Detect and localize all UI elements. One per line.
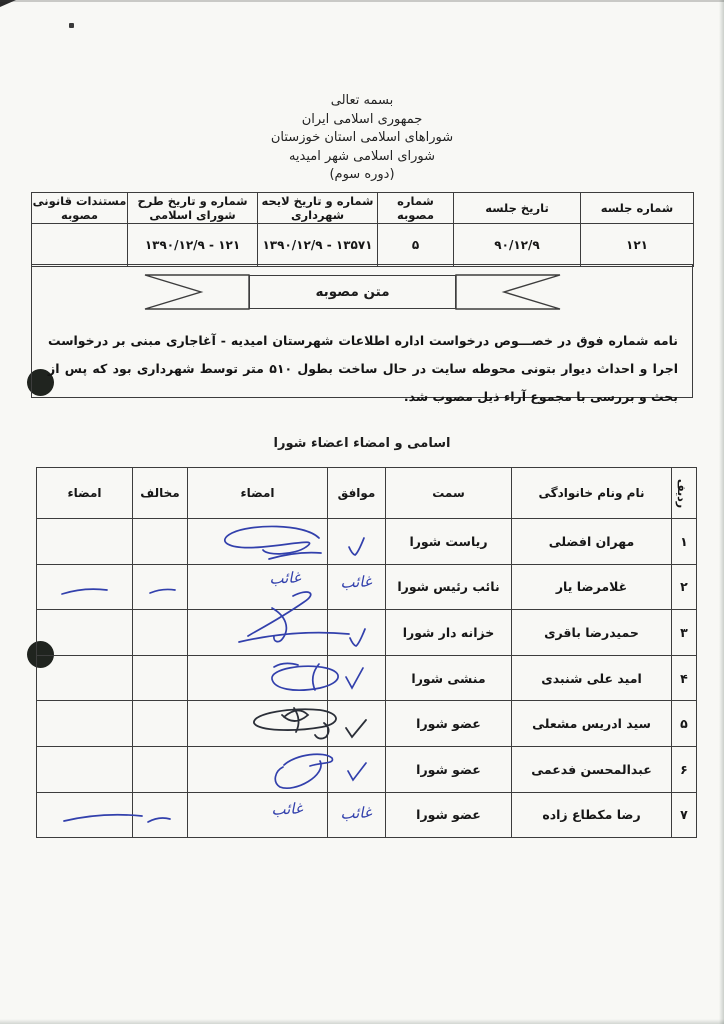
member-no: ۵ bbox=[672, 701, 697, 747]
member-row: ۴ امید علی شنبدی منشی شورا bbox=[37, 655, 697, 701]
member-signature-cell bbox=[188, 519, 328, 565]
resolution-box: متن مصوبه نامه شماره فوق در خصـــوص درخو… bbox=[31, 264, 693, 398]
member-name: رضا مکطاع زاده bbox=[512, 792, 672, 838]
member-name: امید علی شنبدی bbox=[512, 655, 672, 701]
meta-col-resolution-no: شماره مصوبه bbox=[378, 193, 454, 224]
member-no: ۱ bbox=[672, 519, 697, 565]
member-row: ۲ غلامرضا یار نائب رئیس شورا bbox=[37, 564, 697, 610]
member-signature2-cell bbox=[37, 792, 133, 838]
member-signature2-cell bbox=[37, 701, 133, 747]
meta-col-session-no: شماره جلسه bbox=[581, 193, 694, 224]
meta-value-legal-docs bbox=[32, 224, 128, 267]
member-signature-cell bbox=[188, 792, 328, 838]
scan-top-edge bbox=[0, 0, 724, 2]
members-col-against: مخالف bbox=[133, 468, 188, 519]
meta-col-session-date: تاریخ جلسه bbox=[454, 193, 581, 224]
members-col-signature2: امضاء bbox=[37, 468, 133, 519]
meta-table: شماره جلسه تاریخ جلسه شماره مصوبه شماره … bbox=[31, 192, 694, 267]
members-col-agree: موافق bbox=[328, 468, 386, 519]
member-no: ۳ bbox=[672, 610, 697, 656]
letterhead-line-city: شورای اسلامی شهر امیدیه bbox=[0, 148, 724, 167]
member-signature2-cell bbox=[37, 519, 133, 565]
letterhead-line-bismillah: بسمه تعالی bbox=[0, 92, 724, 111]
member-role: نائب رئیس شورا bbox=[386, 564, 512, 610]
meta-value-session-no: ۱۲۱ bbox=[581, 224, 694, 267]
ribbon-left-flag bbox=[145, 275, 249, 309]
member-name: عبدالمحسن فدعمی bbox=[512, 746, 672, 792]
member-signature-cell bbox=[188, 701, 328, 747]
meta-col-plan: شماره و تاریخ طرح شورای اسلامی bbox=[128, 193, 258, 224]
member-no: ۶ bbox=[672, 746, 697, 792]
member-no: ۲ bbox=[672, 564, 697, 610]
member-signature2-cell bbox=[37, 655, 133, 701]
member-signature2-cell bbox=[37, 746, 133, 792]
letterhead-line-term: (دوره سوم) bbox=[0, 166, 724, 185]
member-agree-cell bbox=[328, 564, 386, 610]
meta-col-legal-docs: مستندات قانونی مصوبه bbox=[32, 193, 128, 224]
member-agree-cell bbox=[328, 655, 386, 701]
member-role: عضو شورا bbox=[386, 701, 512, 747]
member-agree-cell bbox=[328, 701, 386, 747]
member-agree-cell bbox=[328, 792, 386, 838]
member-role: عضو شورا bbox=[386, 746, 512, 792]
letterhead-line-province: شوراهای اسلامی استان خوزستان bbox=[0, 129, 724, 148]
member-against-cell bbox=[133, 701, 188, 747]
members-table: ردیف نام ونام خانوادگی سمت موافق امضاء م… bbox=[36, 467, 697, 838]
member-signature2-cell bbox=[37, 564, 133, 610]
ribbon-title: متن مصوبه bbox=[249, 275, 456, 309]
member-agree-cell bbox=[328, 746, 386, 792]
member-role: منشی شورا bbox=[386, 655, 512, 701]
member-row: ۶ عبدالمحسن فدعمی عضو شورا bbox=[37, 746, 697, 792]
member-signature-cell bbox=[188, 655, 328, 701]
member-signature-cell bbox=[188, 564, 328, 610]
meta-value-plan: ۱۲۱ - ۱۳۹۰/۱۲/۹ bbox=[128, 224, 258, 267]
member-signature-cell bbox=[188, 610, 328, 656]
scanned-council-resolution-page: بسمه تعالی جمهوری اسلامی ایران شوراهای ا… bbox=[0, 0, 724, 1024]
meta-value-bill: ۱۳۵۷۱ - ۱۳۹۰/۱۲/۹ bbox=[258, 224, 378, 267]
member-agree-cell bbox=[328, 610, 386, 656]
members-header-row: ردیف نام ونام خانوادگی سمت موافق امضاء م… bbox=[37, 468, 697, 519]
member-no: ۴ bbox=[672, 655, 697, 701]
meta-header-row: شماره جلسه تاریخ جلسه شماره مصوبه شماره … bbox=[32, 193, 694, 224]
scan-bottom-edge-shadow bbox=[0, 1019, 724, 1024]
member-against-cell bbox=[133, 655, 188, 701]
member-signature-cell bbox=[188, 746, 328, 792]
resolution-text: نامه شماره فوق در خصـــوص درخواست اداره … bbox=[48, 327, 678, 411]
letterhead: بسمه تعالی جمهوری اسلامی ایران شوراهای ا… bbox=[0, 92, 724, 185]
meta-value-session-date: ۹۰/۱۲/۹ bbox=[454, 224, 581, 267]
members-col-role: سمت bbox=[386, 468, 512, 519]
member-name: حمیدرضا باقری bbox=[512, 610, 672, 656]
members-col-signature1: امضاء bbox=[188, 468, 328, 519]
member-name: غلامرضا یار bbox=[512, 564, 672, 610]
member-row: ۷ رضا مکطاع زاده عضو شورا bbox=[37, 792, 697, 838]
member-row: ۵ سید ادریس مشعلی عضو شورا bbox=[37, 701, 697, 747]
member-against-cell bbox=[133, 746, 188, 792]
member-agree-cell bbox=[328, 519, 386, 565]
member-signature2-cell bbox=[37, 610, 133, 656]
member-name: مهران افضلی bbox=[512, 519, 672, 565]
members-section-title: اسامی و امضاء اعضاء شورا bbox=[0, 436, 724, 451]
ribbon-right-flag bbox=[456, 275, 560, 309]
member-against-cell bbox=[133, 610, 188, 656]
members-col-row-label: ردیف bbox=[675, 479, 688, 508]
member-against-cell bbox=[133, 792, 188, 838]
member-against-cell bbox=[133, 564, 188, 610]
meta-value-resolution-no: ۵ bbox=[378, 224, 454, 267]
member-role: خزانه دار شورا bbox=[386, 610, 512, 656]
members-col-name: نام ونام خانوادگی bbox=[512, 468, 672, 519]
member-row: ۱ مهران افضلی ریاست شورا bbox=[37, 519, 697, 565]
members-col-row: ردیف bbox=[672, 468, 697, 519]
member-role: ریاست شورا bbox=[386, 519, 512, 565]
member-row: ۳ حمیدرضا باقری خزانه دار شورا bbox=[37, 610, 697, 656]
member-role: عضو شورا bbox=[386, 792, 512, 838]
member-no: ۷ bbox=[672, 792, 697, 838]
member-against-cell bbox=[133, 519, 188, 565]
member-name: سید ادریس مشعلی bbox=[512, 701, 672, 747]
meta-col-bill: شماره و تاریخ لایحه شهرداری bbox=[258, 193, 378, 224]
meta-value-row: ۱۲۱ ۹۰/۱۲/۹ ۵ ۱۳۵۷۱ - ۱۳۹۰/۱۲/۹ ۱۲۱ - ۱۳… bbox=[32, 224, 694, 267]
staple-mark bbox=[69, 23, 74, 28]
letterhead-line-republic: جمهوری اسلامی ایران bbox=[0, 111, 724, 130]
